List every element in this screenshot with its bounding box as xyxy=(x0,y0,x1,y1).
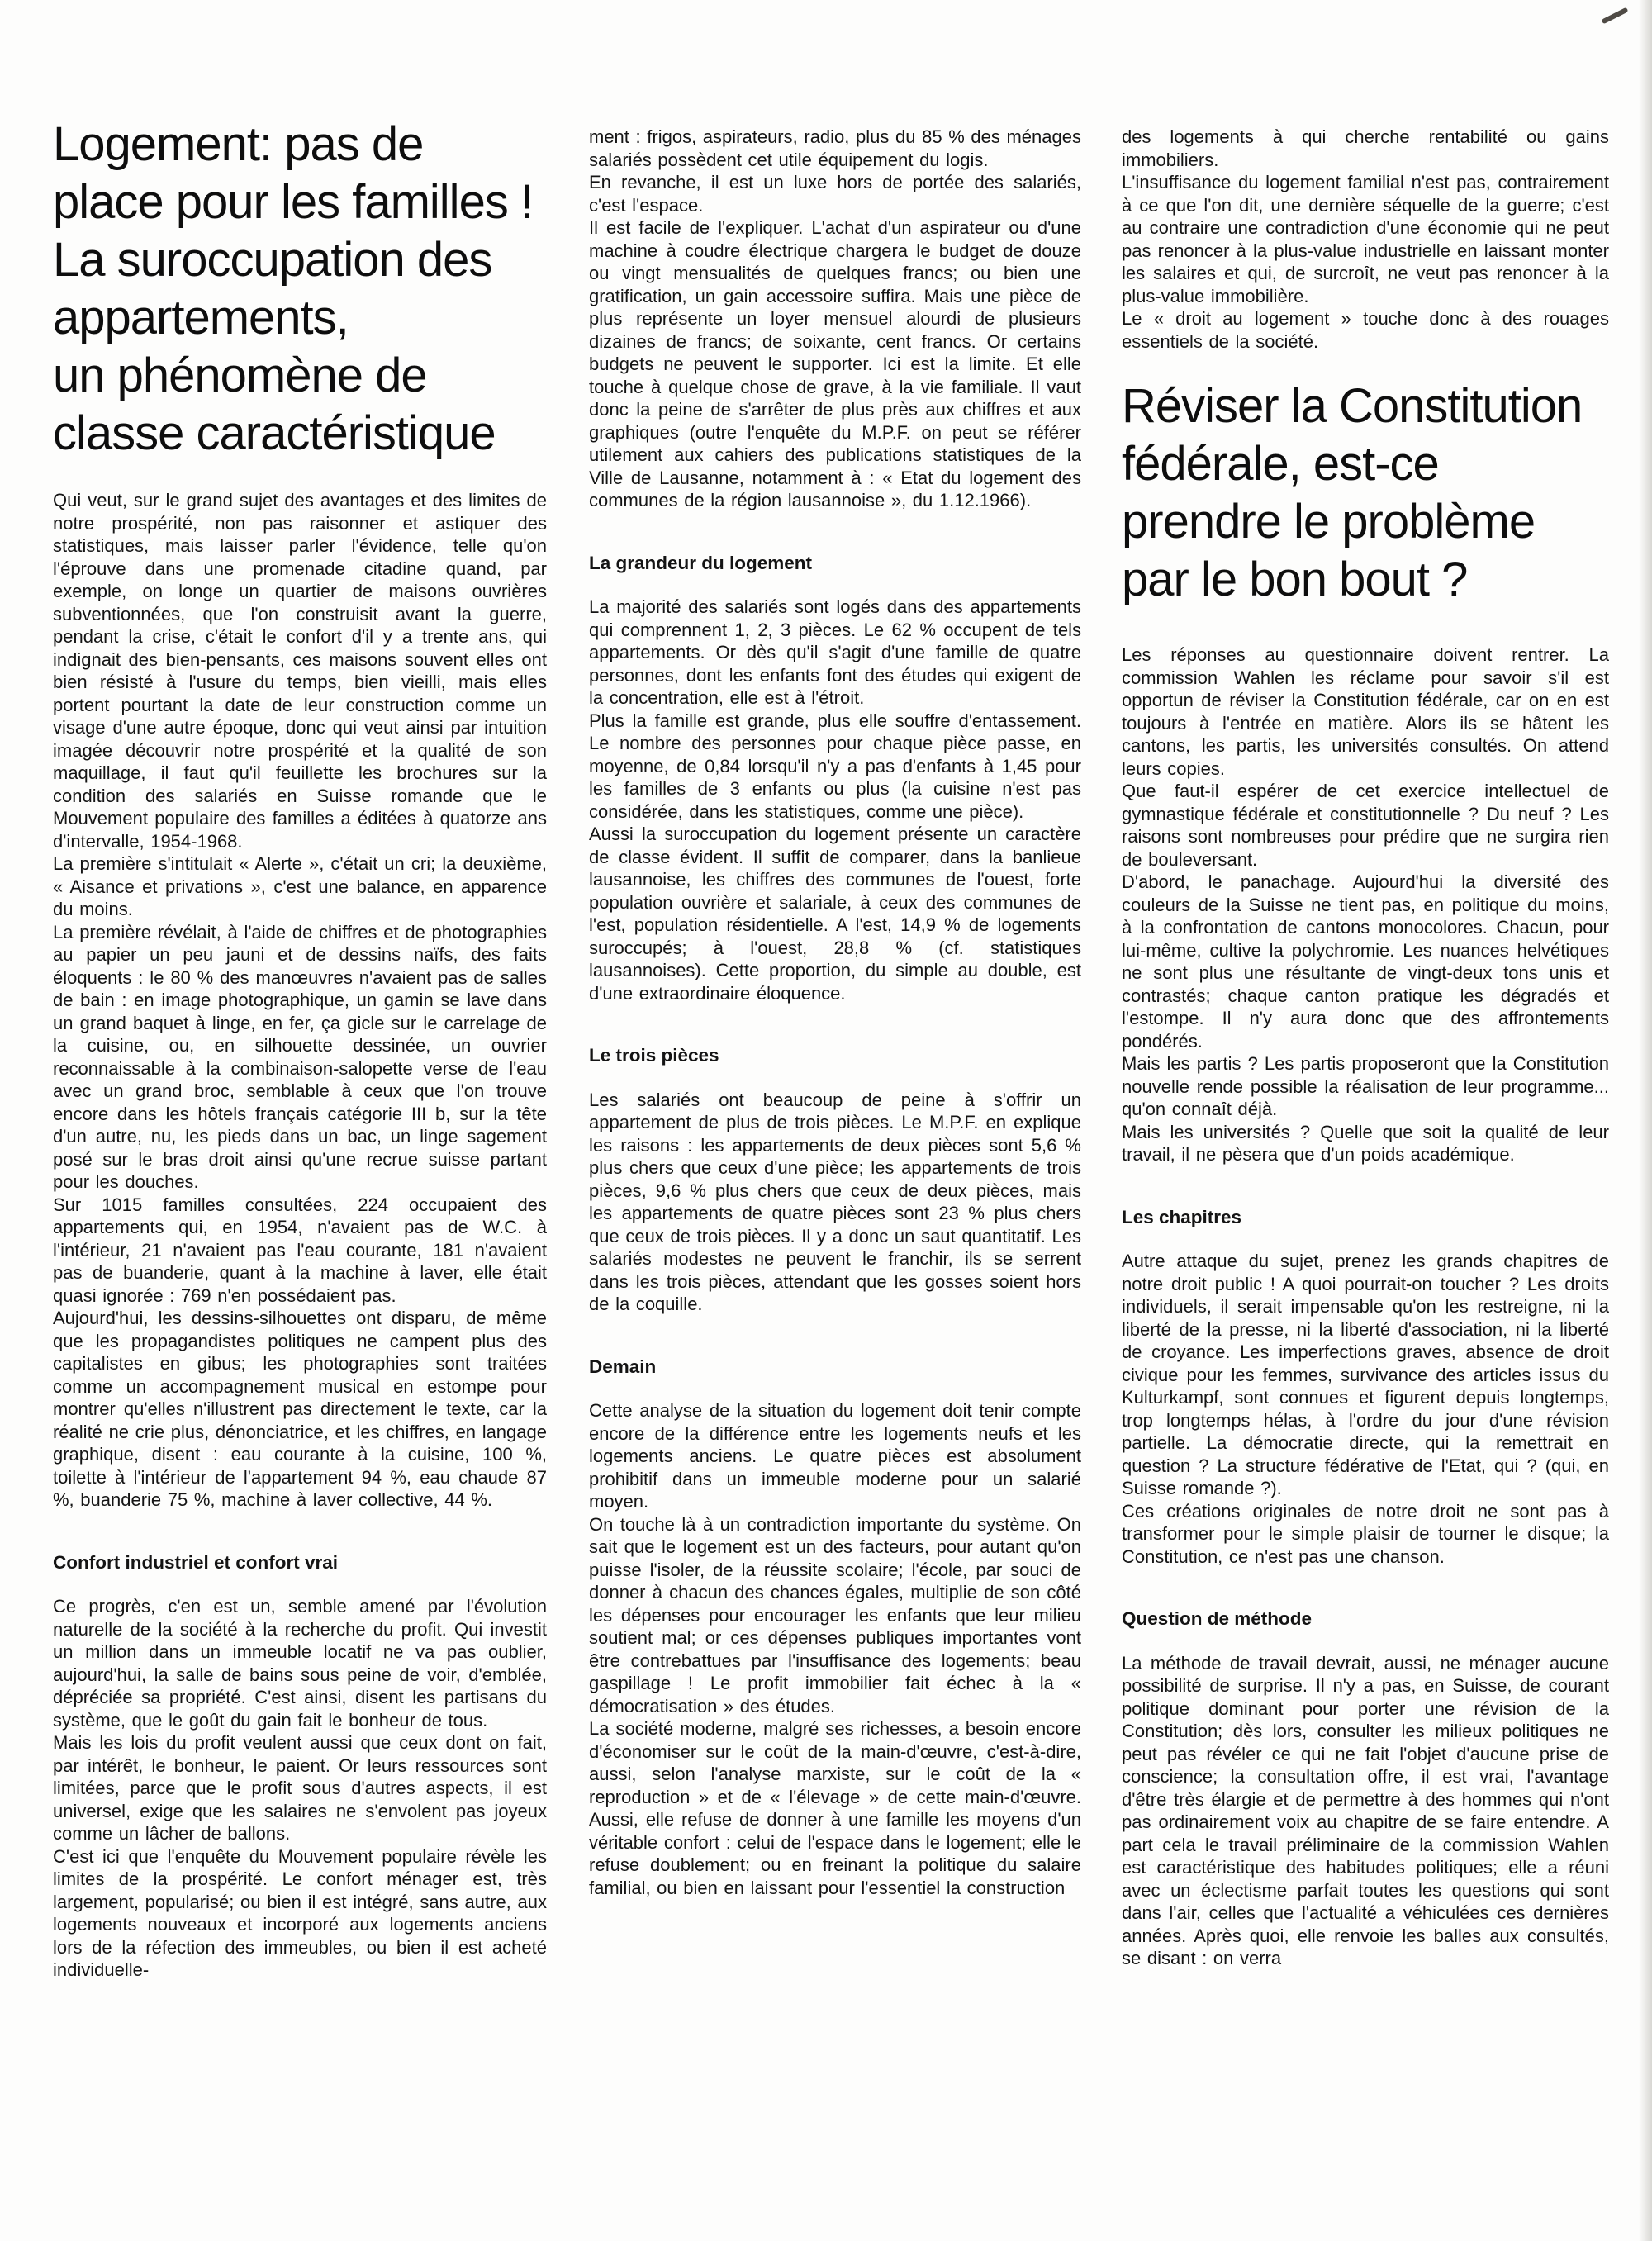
column-right: des logements à qui cherche rentabilité … xyxy=(1122,126,1609,1970)
body-paragraph: Il est facile de l'expliquer. L'achat d'… xyxy=(589,216,1081,512)
body-paragraph: Ces créations originales de notre droit … xyxy=(1122,1500,1609,1569)
body-paragraph: Mais les lois du profit veulent aussi qu… xyxy=(53,1731,547,1845)
body-paragraph: Ce progrès, c'en est un, semble amené pa… xyxy=(53,1595,547,1731)
body-paragraph: La méthode de travail devrait, aussi, ne… xyxy=(1122,1652,1609,1970)
body-paragraph: Cette analyse de la situation du logemen… xyxy=(589,1399,1081,1513)
article-headline-logement: Logement: pas de place pour les familles… xyxy=(53,116,547,463)
body-paragraph: Mais les universités ? Quelle que soit l… xyxy=(1122,1121,1609,1166)
scan-edge-shadow xyxy=(1639,0,1652,2241)
body-paragraph: La première révélait, à l'aide de chiffr… xyxy=(53,921,547,1194)
body-paragraph: ment : frigos, aspirateurs, radio, plus … xyxy=(589,126,1081,171)
body-paragraph: On touche là à un contradiction importan… xyxy=(589,1513,1081,1718)
subhead-trois-pieces: Le trois pièces xyxy=(589,1044,1081,1067)
body-paragraph: La première s'intitulait « Alerte », c'é… xyxy=(53,852,547,921)
subhead-confort-industriel: Confort industriel et confort vrai xyxy=(53,1551,547,1574)
body-paragraph: L'insuffisance du logement familial n'es… xyxy=(1122,171,1609,307)
body-paragraph: Aujourd'hui, les dessins-silhouettes ont… xyxy=(53,1307,547,1512)
body-paragraph: Les réponses au questionnaire doivent re… xyxy=(1122,643,1609,780)
subhead-les-chapitres: Les chapitres xyxy=(1122,1206,1609,1229)
body-paragraph: Aussi la suroccupation du logement prése… xyxy=(589,823,1081,1004)
body-paragraph: C'est ici que l'enquête du Mouvement pop… xyxy=(53,1845,547,1982)
body-paragraph: La majorité des salariés sont logés dans… xyxy=(589,596,1081,710)
body-paragraph: D'abord, le panachage. Aujourd'hui la di… xyxy=(1122,871,1609,1052)
article-headline-constitution: Réviser la Constitution fédérale, est-ce… xyxy=(1122,377,1609,609)
column-middle: ment : frigos, aspirateurs, radio, plus … xyxy=(589,126,1081,1899)
pen-mark-artifact xyxy=(1601,7,1628,25)
subhead-demain: Demain xyxy=(589,1356,1081,1379)
body-paragraph: Le « droit au logement » touche donc à d… xyxy=(1122,307,1609,353)
subhead-question-methode: Question de méthode xyxy=(1122,1607,1609,1631)
body-paragraph: Plus la famille est grande, plus elle so… xyxy=(589,710,1081,824)
body-paragraph: Qui veut, sur le grand sujet des avantag… xyxy=(53,489,547,852)
body-paragraph: Sur 1015 familles consultées, 224 occupa… xyxy=(53,1194,547,1308)
magazine-page: Logement: pas de place pour les familles… xyxy=(0,0,1652,2241)
body-paragraph: Que faut-il espérer de cet exercice inte… xyxy=(1122,780,1609,871)
body-paragraph: Autre attaque du sujet, prenez les grand… xyxy=(1122,1250,1609,1500)
body-paragraph: En revanche, il est un luxe hors de port… xyxy=(589,171,1081,216)
body-paragraph: La société moderne, malgré ses richesses… xyxy=(589,1717,1081,1899)
body-paragraph: des logements à qui cherche rentabilité … xyxy=(1122,126,1609,171)
column-left: Logement: pas de place pour les familles… xyxy=(53,116,547,1982)
subhead-grandeur-logement: La grandeur du logement xyxy=(589,552,1081,575)
body-paragraph: Mais les partis ? Les partis proposeront… xyxy=(1122,1052,1609,1121)
body-paragraph: Les salariés ont beaucoup de peine à s'o… xyxy=(589,1089,1081,1316)
